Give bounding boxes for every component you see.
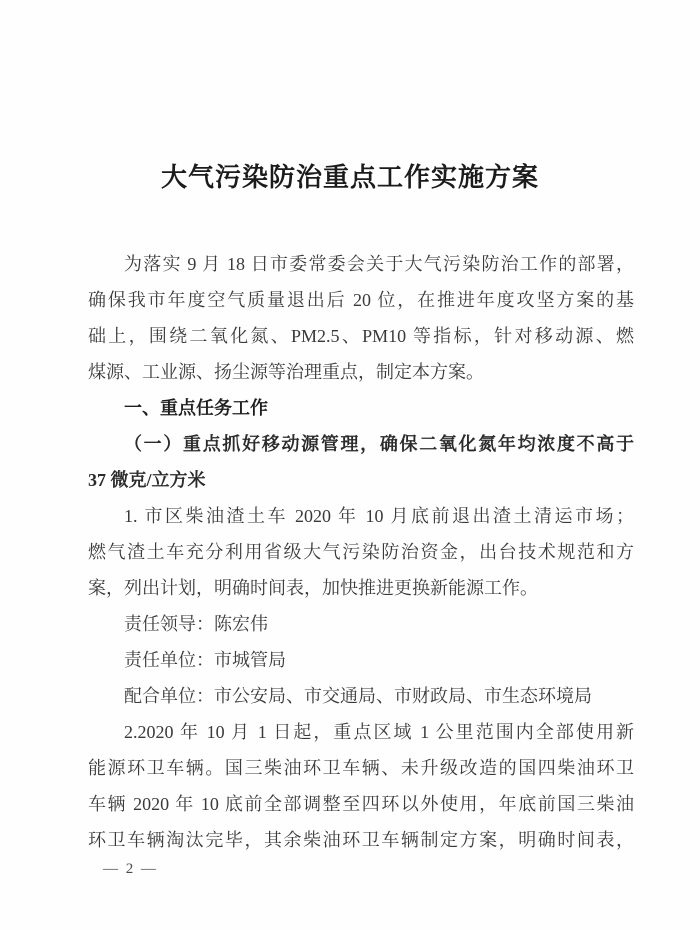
task2-line-3: 车辆 2020 年 10 底前全部调整至四环以外使用，年底前国三柴油 [88, 786, 634, 822]
task2-line-2: 能源环卫车辆。国三柴油环卫车辆、未升级改造的国四柴油环卫 [88, 750, 634, 786]
page-number: — 2 — [103, 861, 158, 878]
intro-line-1: 为落实 9 月 18 日市委常委会关于大气污染防治工作的部署， [88, 246, 634, 282]
task1-line-2: 燃气渣土车充分利用省级大气污染防治资金，出台技术规范和方 [88, 534, 634, 570]
document-page: 大气污染防治重点工作实施方案 为落实 9 月 18 日市委常委会关于大气污染防治… [0, 0, 700, 930]
responsible-leader: 责任领导：陈宏伟 [88, 606, 634, 642]
responsible-unit: 责任单位：市城管局 [88, 642, 634, 678]
cooperating-units: 配合单位：市公安局、市交通局、市财政局、市生态环境局 [88, 678, 634, 714]
task2-line-4: 环卫车辆淘汰完毕，其余柴油环卫车辆制定方案，明确时间表， [88, 822, 634, 858]
intro-line-4: 煤源、工业源、扬尘源等治理重点，制定本方案。 [88, 354, 634, 390]
intro-line-2: 确保我市年度空气质量退出后 20 位，在推进年度攻坚方案的基 [88, 282, 634, 318]
document-title: 大气污染防治重点工作实施方案 [0, 157, 700, 194]
document-body: 为落实 9 月 18 日市委常委会关于大气污染防治工作的部署， 确保我市年度空气… [88, 246, 634, 858]
task1-line-1: 1. 市区柴油渣土车 2020 年 10 月底前退出渣土清运市场； [88, 498, 634, 534]
task2-line-1: 2.2020 年 10 月 1 日起，重点区域 1 公里范围内全部使用新 [88, 714, 634, 750]
intro-line-3: 础上，围绕二氧化氮、PM2.5、PM10 等指标，针对移动源、燃 [88, 318, 634, 354]
subsection-line-2: 37 微克/立方米 [88, 462, 634, 498]
section-heading: 一、重点任务工作 [88, 390, 634, 426]
subsection-line-1: （一）重点抓好移动源管理，确保二氧化氮年均浓度不高于 [88, 426, 634, 462]
task1-line-3: 案，列出计划，明确时间表，加快推进更换新能源工作。 [88, 570, 634, 606]
